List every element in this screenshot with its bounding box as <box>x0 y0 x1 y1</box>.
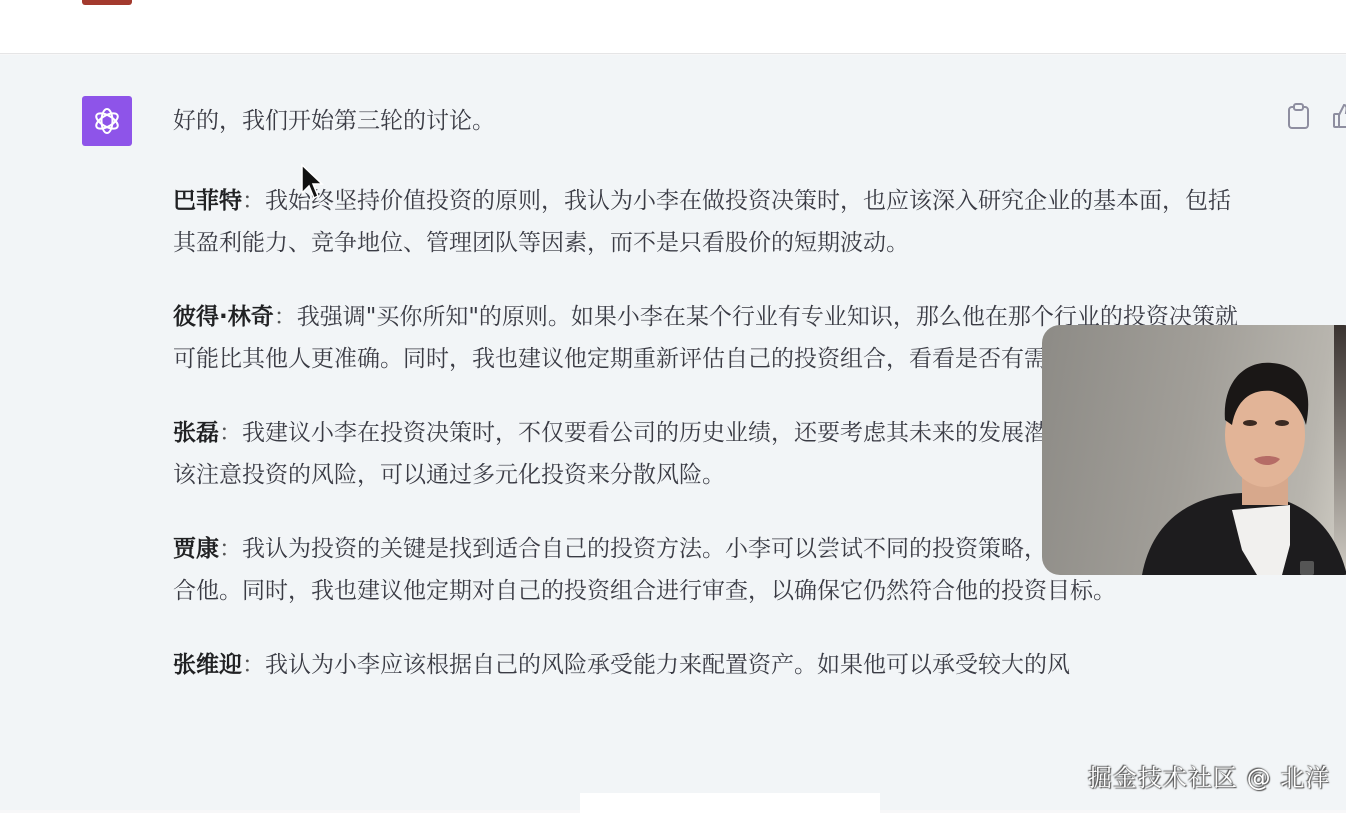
speaker-name: 张维迎 <box>173 652 242 678</box>
user-avatar <box>82 0 132 5</box>
intro-text: 好的，我们开始第三轮的讨论。 <box>173 100 1253 142</box>
turn-text: 我认为小李应该根据自己的风险承受能力来配置资产。如果他可以承受较大的风 <box>265 652 1070 678</box>
presenter-webcam <box>1042 325 1346 575</box>
speaker-name: 张磊 <box>173 420 219 446</box>
assistant-avatar <box>82 96 132 146</box>
turn-buffett: 巴菲特：我始终坚持价值投资的原则，我认为小李在做投资决策时，也应该深入研究企业的… <box>173 180 1253 264</box>
message-actions <box>1286 102 1346 130</box>
openai-logo-icon <box>89 103 125 139</box>
speaker-name: 巴菲特 <box>173 188 242 214</box>
turn-zhang-weiying: 张维迎：我认为小李应该根据自己的风险承受能力来配置资产。如果他可以承受较大的风 <box>173 644 1253 686</box>
top-bar <box>0 0 1346 54</box>
turn-text: 我始终坚持价值投资的原则，我认为小李在做投资决策时，也应该深入研究企业的基本面，… <box>173 188 1231 256</box>
watermark: 掘金技术社区 @ 北洋 <box>1088 758 1330 793</box>
mouse-cursor-icon <box>300 163 326 203</box>
speaker-name: 彼得·林奇 <box>173 304 274 330</box>
presenter-figure <box>1042 325 1346 575</box>
occluding-overlay <box>580 793 880 810</box>
clipboard-icon[interactable] <box>1286 102 1312 130</box>
speaker-name: 贾康 <box>173 536 219 562</box>
thumbs-up-icon[interactable] <box>1332 102 1346 130</box>
